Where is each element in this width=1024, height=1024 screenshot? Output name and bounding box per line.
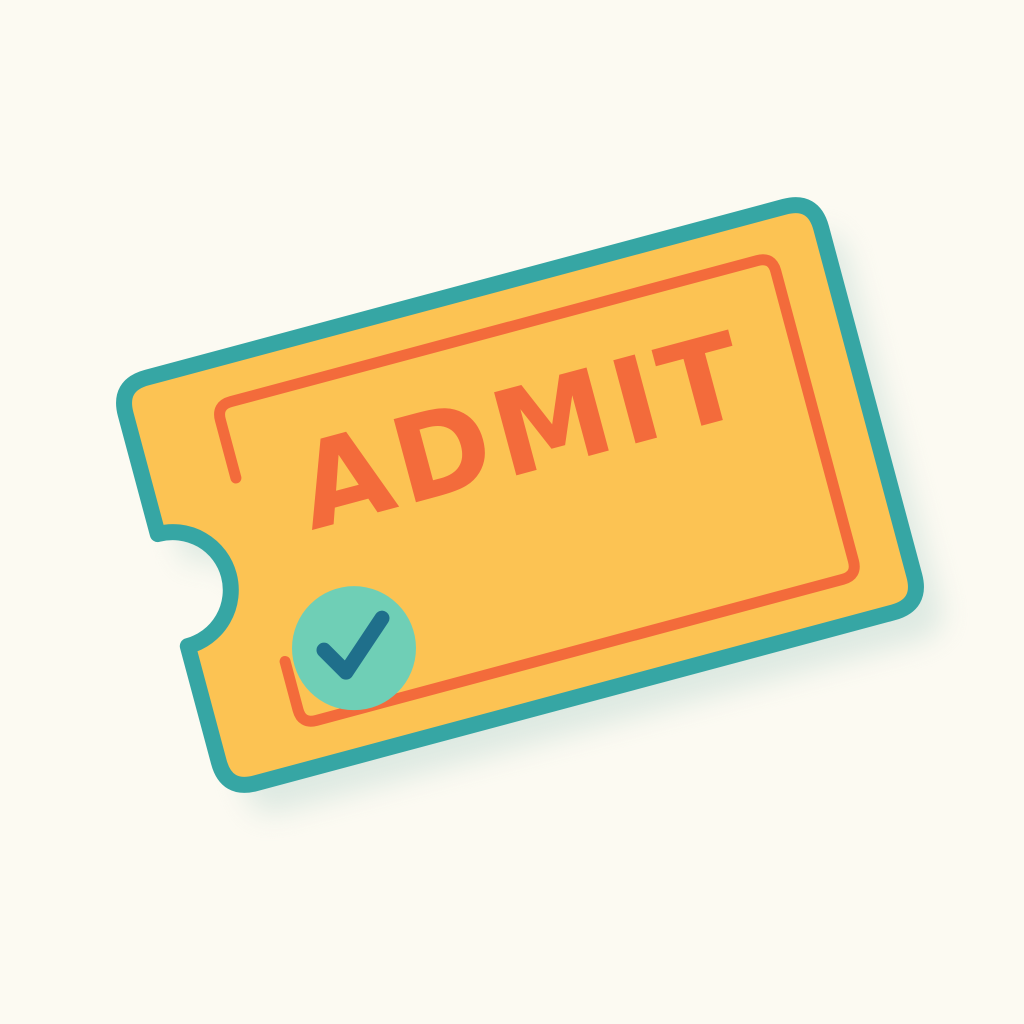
ticket-illustration: ADMIT	[0, 0, 1024, 1024]
check-badge	[292, 586, 416, 710]
